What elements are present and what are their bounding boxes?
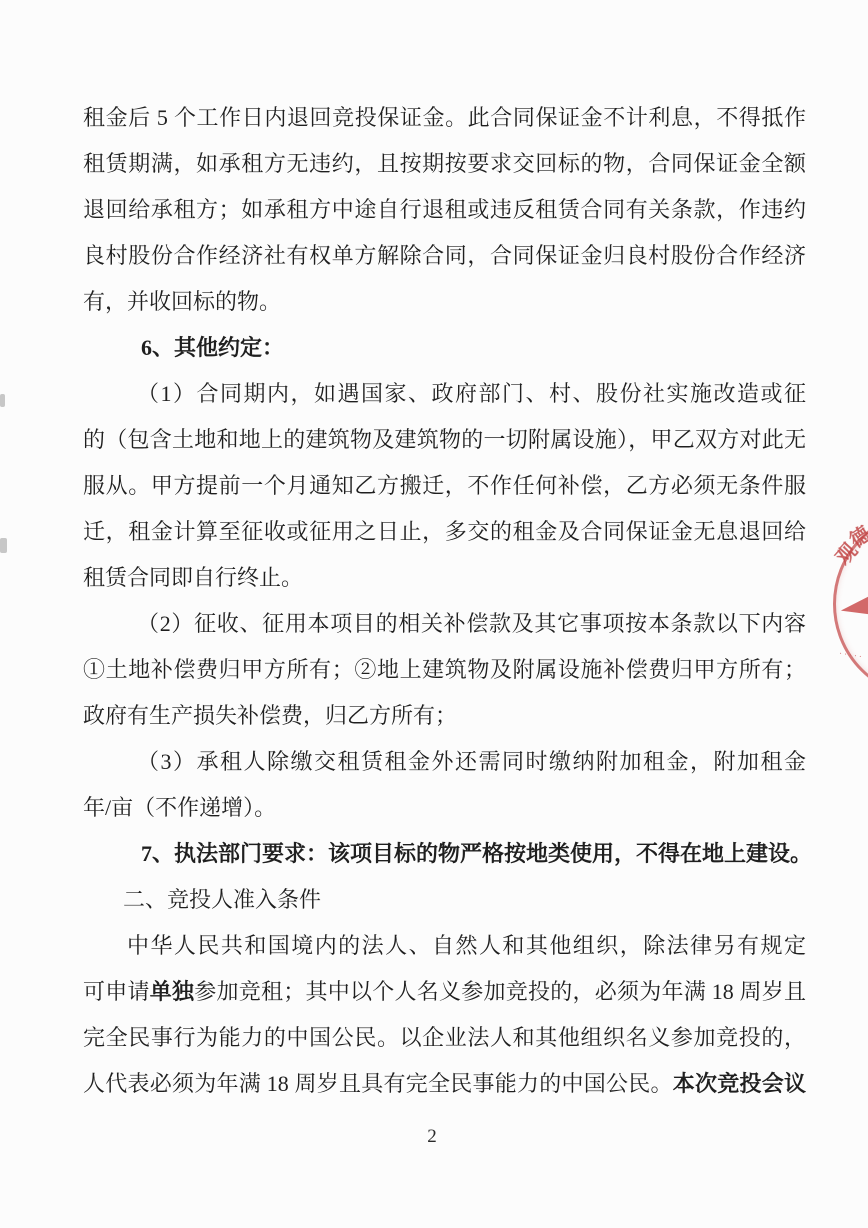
text-run: 良村股份合作经济社有权单方解除合同，合同保证金归良村股份合作经济社所 bbox=[83, 243, 806, 279]
text-run: 二、竞投人准入条件 bbox=[123, 887, 321, 912]
text-run: （2）征收、征用本项目的相关补偿款及其它事项按本条款以下内容执行： bbox=[137, 611, 806, 647]
text-run: 的（包含土地和地上的建筑物及建筑物的一切附属设施），甲乙双方对此无条件 bbox=[83, 427, 806, 463]
document-line: 可申请单独参加竞租；其中以个人名义参加竞投的，必须为年满 18 周岁且具有 bbox=[83, 969, 806, 1015]
text-run: 7、执法部门要求：该项目标的物严格按地类使用，不得在地上建设。 bbox=[141, 841, 812, 866]
document-line: 良村股份合作经济社有权单方解除合同，合同保证金归良村股份合作经济社所 bbox=[83, 233, 806, 279]
document-line: （3）承租人除缴交租赁租金外还需同时缴纳附加租金，附加租金 1200 元/ bbox=[83, 739, 806, 785]
text-run: 人代表必须为年满 18 周岁且具有完全民事能力的中国公民。 bbox=[83, 1071, 673, 1096]
document-line: 政府有生产损失补偿费，归乙方所有； bbox=[83, 693, 806, 739]
document-line: 7、执法部门要求：该项目标的物严格按地类使用，不得在地上建设。 bbox=[83, 831, 806, 877]
seal-bottom-marks: ····· bbox=[838, 648, 864, 662]
document-line: 完全民事行为能力的中国公民。以企业法人和其他组织名义参加竞投的，其法 bbox=[83, 1015, 806, 1061]
document-line: 人代表必须为年满 18 周岁且具有完全民事能力的中国公民。本次竞投会议不接 bbox=[83, 1061, 806, 1107]
document-line: 有，并收回标的物。 bbox=[83, 279, 806, 325]
document-line: 租金后 5 个工作日内退回竞投保证金。此合同保证金不计利息，不得抵作租金。 bbox=[83, 95, 806, 141]
document-line: 迁，租金计算至征收或征用之日止，多交的租金及合同保证金无息退回给乙方， bbox=[83, 509, 806, 555]
document-body: 租金后 5 个工作日内退回竞投保证金。此合同保证金不计利息，不得抵作租金。租赁期… bbox=[83, 95, 806, 1107]
text-run: （3）承租人除缴交租赁租金外还需同时缴纳附加租金，附加租金 1200 元/ bbox=[137, 749, 806, 785]
text-run: 迁，租金计算至征收或征用之日止，多交的租金及合同保证金无息退回给乙方， bbox=[83, 519, 806, 555]
text-run: 可申请 bbox=[83, 979, 150, 1004]
text-run: 政府有生产损失补偿费，归乙方所有； bbox=[83, 703, 457, 728]
document-line: 的（包含土地和地上的建筑物及建筑物的一切附属设施），甲乙双方对此无条件 bbox=[83, 417, 806, 463]
document-line: 6、其他约定： bbox=[83, 325, 806, 371]
document-line: 中华人民共和国境内的法人、自然人和其他组织，除法律另有规定外，均 bbox=[83, 923, 806, 969]
text-run: （1）合同期内，如遇国家、政府部门、村、股份社实施改造或征收、征用 bbox=[137, 381, 806, 417]
document-line: 年/亩（不作递增）。 bbox=[83, 785, 806, 831]
document-line: ①土地补偿费归甲方所有；②地上建筑物及附属设施补偿费归甲方所有；③如 bbox=[83, 647, 806, 693]
document-line: 二、竞投人准入条件 bbox=[83, 877, 806, 923]
seal-arc-text: 观 bbox=[828, 535, 863, 569]
document-line: 租赁合同即自行终止。 bbox=[83, 555, 806, 601]
seal-circle-icon bbox=[833, 509, 868, 699]
document-line: （2）征收、征用本项目的相关补偿款及其它事项按本条款以下内容执行： bbox=[83, 601, 806, 647]
scan-artifact bbox=[0, 538, 7, 553]
text-run: 租赁合同即自行终止。 bbox=[83, 565, 303, 590]
document-line: 服从。甲方提前一个月通知乙方搬迁，不作任何补偿，乙方必须无条件服从搬 bbox=[83, 463, 806, 509]
text-run: 单独 bbox=[150, 979, 195, 1004]
text-run: 完全民事行为能力的中国公民。以企业法人和其他组织名义参加竞投的，其法 bbox=[83, 1025, 806, 1061]
document-line: 租赁期满，如承租方无违约，且按期按要求交回标的物，合同保证金全额无息 bbox=[83, 141, 806, 187]
seal-star-icon bbox=[832, 544, 868, 660]
text-run: ①土地补偿费归甲方所有；②地上建筑物及附属设施补偿费归甲方所有；③如 bbox=[83, 657, 806, 693]
text-run: 中华人民共和国境内的法人、自然人和其他组织，除法律另有规定外，均 bbox=[127, 933, 806, 969]
page-number: 2 bbox=[0, 1126, 864, 1148]
text-run: 退回给承租方；如承租方中途自行退租或违反租赁合同有关条款，作违约处理， bbox=[83, 197, 806, 233]
scanned-document-page: 租金后 5 个工作日内退回竞投保证金。此合同保证金不计利息，不得抵作租金。租赁期… bbox=[0, 0, 868, 1228]
text-run: 有，并收回标的物。 bbox=[83, 289, 281, 314]
document-line: 退回给承租方；如承租方中途自行退租或违反租赁合同有关条款，作违约处理， bbox=[83, 187, 806, 233]
text-run: 租金后 5 个工作日内退回竞投保证金。此合同保证金不计利息，不得抵作租金。 bbox=[83, 105, 806, 141]
document-line: （1）合同期内，如遇国家、政府部门、村、股份社实施改造或征收、征用 bbox=[83, 371, 806, 417]
text-run: 租赁期满，如承租方无违约，且按期按要求交回标的物，合同保证金全额无息 bbox=[83, 151, 806, 187]
text-run: 年/亩（不作递增）。 bbox=[83, 795, 276, 820]
scan-artifact bbox=[0, 394, 5, 407]
text-run: 6、其他约定： bbox=[141, 335, 284, 360]
text-run: 服从。甲方提前一个月通知乙方搬迁，不作任何补偿，乙方必须无条件服从搬 bbox=[83, 473, 806, 509]
seal-arc-text: 德 bbox=[842, 518, 868, 553]
